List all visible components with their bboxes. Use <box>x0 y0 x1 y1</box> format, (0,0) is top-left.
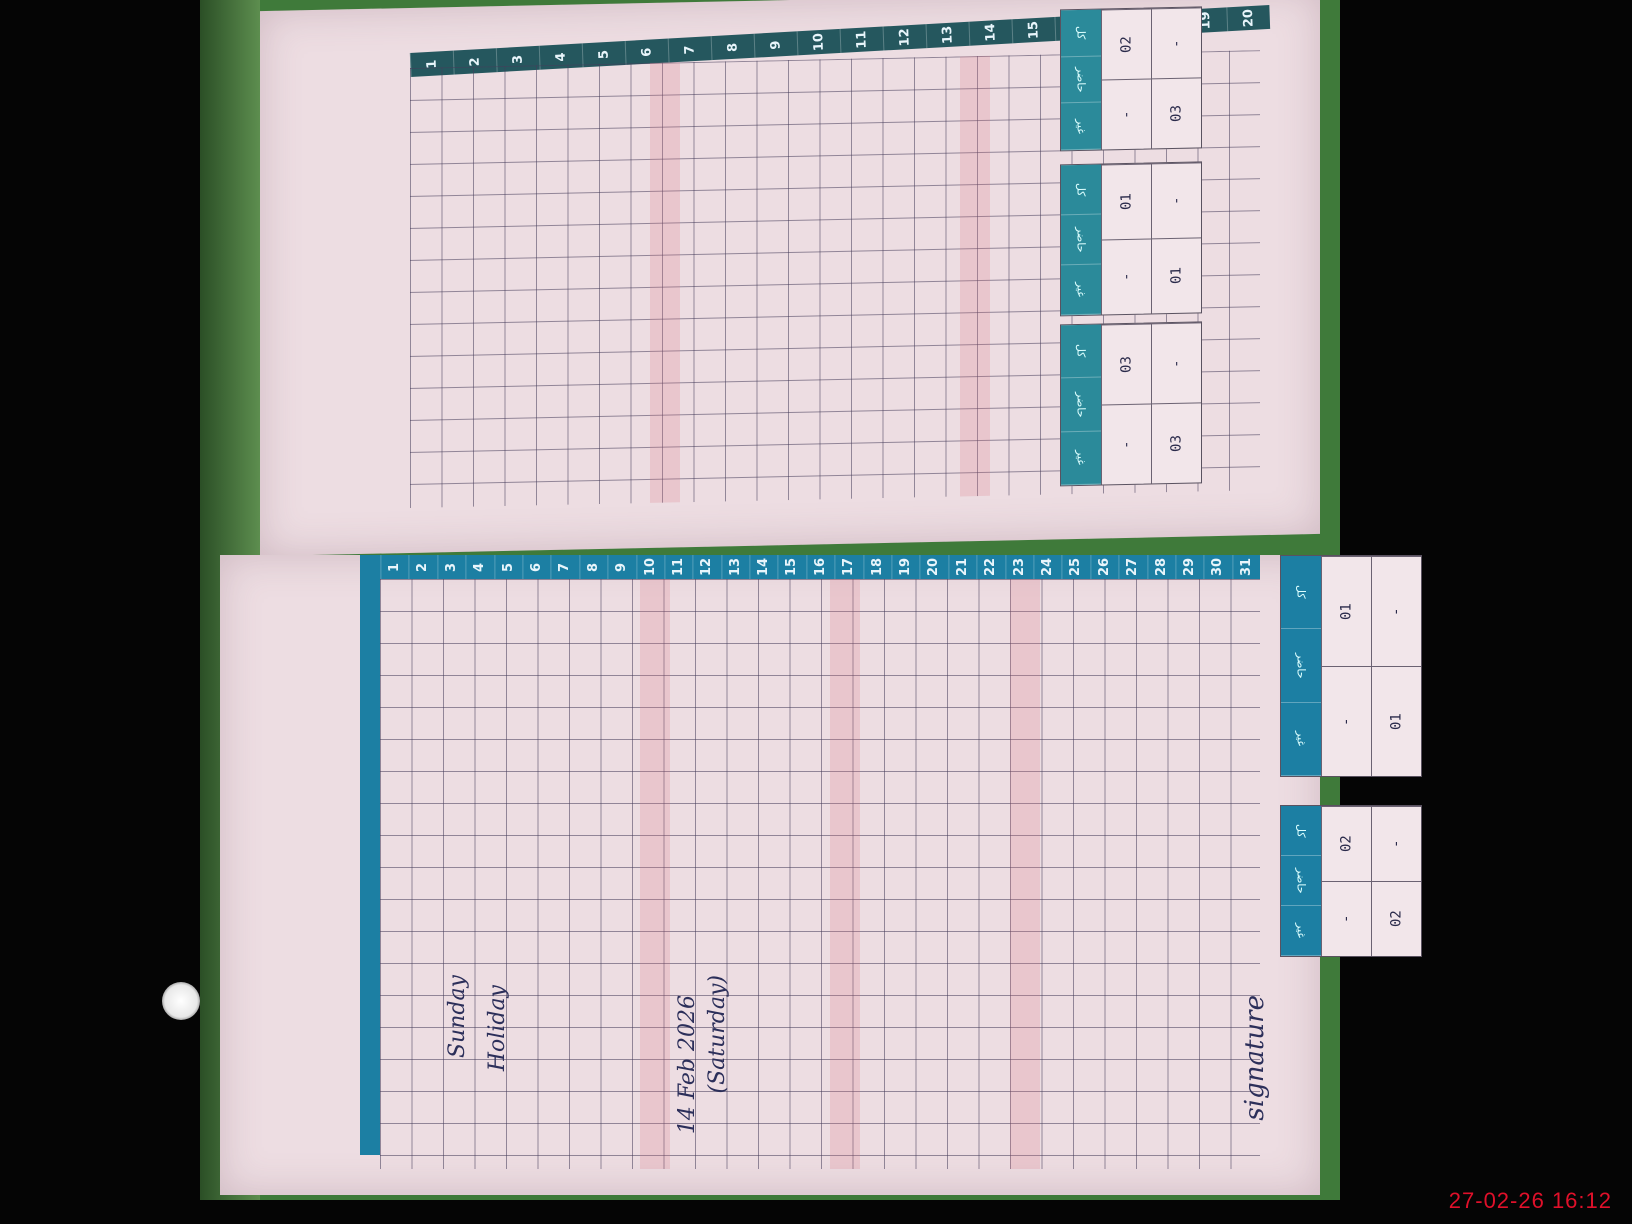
day-number: 26 <box>1090 555 1118 579</box>
day-number: 14 <box>749 555 777 579</box>
summary-box: کلحاضرغیر 02- -03 <box>1060 6 1202 151</box>
summary-header: غیر <box>1061 264 1101 315</box>
register-page-top: 1 2 3 4 5 6 7 8 9 10 11 12 13 14 15 16 1… <box>260 0 1320 556</box>
summary-box: کلحاضرغیر 01- -01 <box>1280 555 1422 777</box>
summary-header: کل <box>1281 806 1321 856</box>
day-number: 9 <box>754 31 798 57</box>
handwritten-note: Sunday <box>445 975 470 1058</box>
day-number: 15 <box>1011 17 1055 43</box>
summary-value: 03 <box>1152 77 1201 148</box>
day-number: 16 <box>806 555 834 579</box>
handwritten-note: Holiday <box>485 985 510 1071</box>
day-number: 9 <box>607 555 635 579</box>
summary-header: کل <box>1061 9 1101 57</box>
summary-value: - <box>1322 666 1371 776</box>
summary-value: - <box>1152 322 1201 403</box>
day-number: 19 <box>891 555 919 579</box>
day-number: 8 <box>711 34 755 60</box>
day-number: 8 <box>579 555 607 579</box>
day-number: 23 <box>1005 555 1033 579</box>
summary-box: کلحاضرغیر 01- -01 <box>1060 161 1202 316</box>
summary-value: 01 <box>1152 237 1201 313</box>
day-number-strip-bottom: 1 2 3 4 5 6 7 8 9 10 11 12 13 14 15 16 1… <box>380 555 1260 579</box>
summary-value: - <box>1152 162 1201 238</box>
summary-header: غیر <box>1281 703 1321 776</box>
day-number: 30 <box>1203 555 1231 579</box>
day-number: 20 <box>919 555 947 579</box>
register-page-bottom: 1 2 3 4 5 6 7 8 9 10 11 12 13 14 15 16 1… <box>220 555 1320 1195</box>
summary-header: کل <box>1281 556 1321 629</box>
day-number: 13 <box>926 22 970 48</box>
day-number: 28 <box>1147 555 1175 579</box>
day-number: 17 <box>834 555 862 579</box>
summary-value: 02 <box>1322 806 1371 881</box>
day-number: 24 <box>1033 555 1061 579</box>
summary-value: 02 <box>1102 8 1151 79</box>
day-number: 10 <box>797 29 841 55</box>
day-number: 11 <box>664 555 692 579</box>
summary-value: - <box>1372 556 1421 666</box>
holiday-column-mark <box>1010 579 1040 1169</box>
summary-value: 03 <box>1102 323 1151 404</box>
day-number: 18 <box>863 555 891 579</box>
register-book: 1 2 3 4 5 6 7 8 9 10 11 12 13 14 15 16 1… <box>200 0 1340 1200</box>
day-number: 21 <box>948 555 976 579</box>
day-number: 6 <box>522 555 550 579</box>
summary-header: حاضر <box>1061 56 1101 104</box>
summary-header: حاضر <box>1061 378 1101 432</box>
day-number: 7 <box>550 555 578 579</box>
summary-value: - <box>1322 881 1371 956</box>
day-number: 7 <box>668 36 712 62</box>
holiday-column-mark <box>960 56 990 497</box>
summary-header: کل <box>1061 164 1101 215</box>
holiday-column-mark <box>650 62 680 503</box>
summary-value: - <box>1102 403 1151 484</box>
day-number: 20 <box>1226 5 1270 31</box>
signature: signature <box>1240 995 1270 1121</box>
summary-box: کلحاضرغیر 02- -02 <box>1280 805 1422 957</box>
day-number: 11 <box>840 27 884 53</box>
summary-header: غیر <box>1061 431 1101 485</box>
summary-value: - <box>1102 78 1151 149</box>
summary-header: غیر <box>1281 906 1321 956</box>
summary-header: غیر <box>1061 103 1101 151</box>
day-number: 12 <box>692 555 720 579</box>
day-number: 4 <box>465 555 493 579</box>
summary-value: - <box>1102 238 1151 314</box>
handwritten-note: (Saturday) <box>705 975 730 1094</box>
attendance-grid-bottom <box>380 579 1260 1169</box>
summary-value: - <box>1372 806 1421 881</box>
summary-value: 01 <box>1102 163 1151 239</box>
summary-value: - <box>1152 7 1201 78</box>
summary-value: 02 <box>1372 881 1421 956</box>
day-number: 25 <box>1061 555 1089 579</box>
holiday-column-mark <box>830 579 860 1169</box>
summary-header: حاضر <box>1281 856 1321 906</box>
photo-timestamp: 27-02-26 16:12 <box>1449 1188 1612 1214</box>
day-number: 31 <box>1232 555 1260 579</box>
left-margin-strip <box>360 555 380 1155</box>
summary-value: 01 <box>1372 666 1421 776</box>
day-number: 15 <box>777 555 805 579</box>
day-number: 22 <box>976 555 1004 579</box>
day-number: 10 <box>636 555 664 579</box>
day-number: 3 <box>437 555 465 579</box>
summary-box: کلحاضرغیر 03- -03 <box>1060 321 1202 486</box>
handwritten-note: 14 Feb 2026 <box>675 995 700 1134</box>
day-number: 12 <box>883 24 927 50</box>
day-number: 29 <box>1175 555 1203 579</box>
summary-value: 03 <box>1152 402 1201 483</box>
summary-header: کل <box>1061 324 1101 378</box>
day-number: 13 <box>721 555 749 579</box>
summary-header: حاضر <box>1061 214 1101 265</box>
day-number: 2 <box>408 555 436 579</box>
day-number: 14 <box>969 19 1013 45</box>
day-number: 27 <box>1118 555 1146 579</box>
day-number: 1 <box>380 555 408 579</box>
day-number: 5 <box>494 555 522 579</box>
camera-flash-glare <box>162 982 200 1020</box>
summary-value: 01 <box>1322 556 1371 666</box>
day-number: 6 <box>625 39 669 65</box>
holiday-column-mark <box>640 579 670 1169</box>
summary-header: حاضر <box>1281 629 1321 702</box>
